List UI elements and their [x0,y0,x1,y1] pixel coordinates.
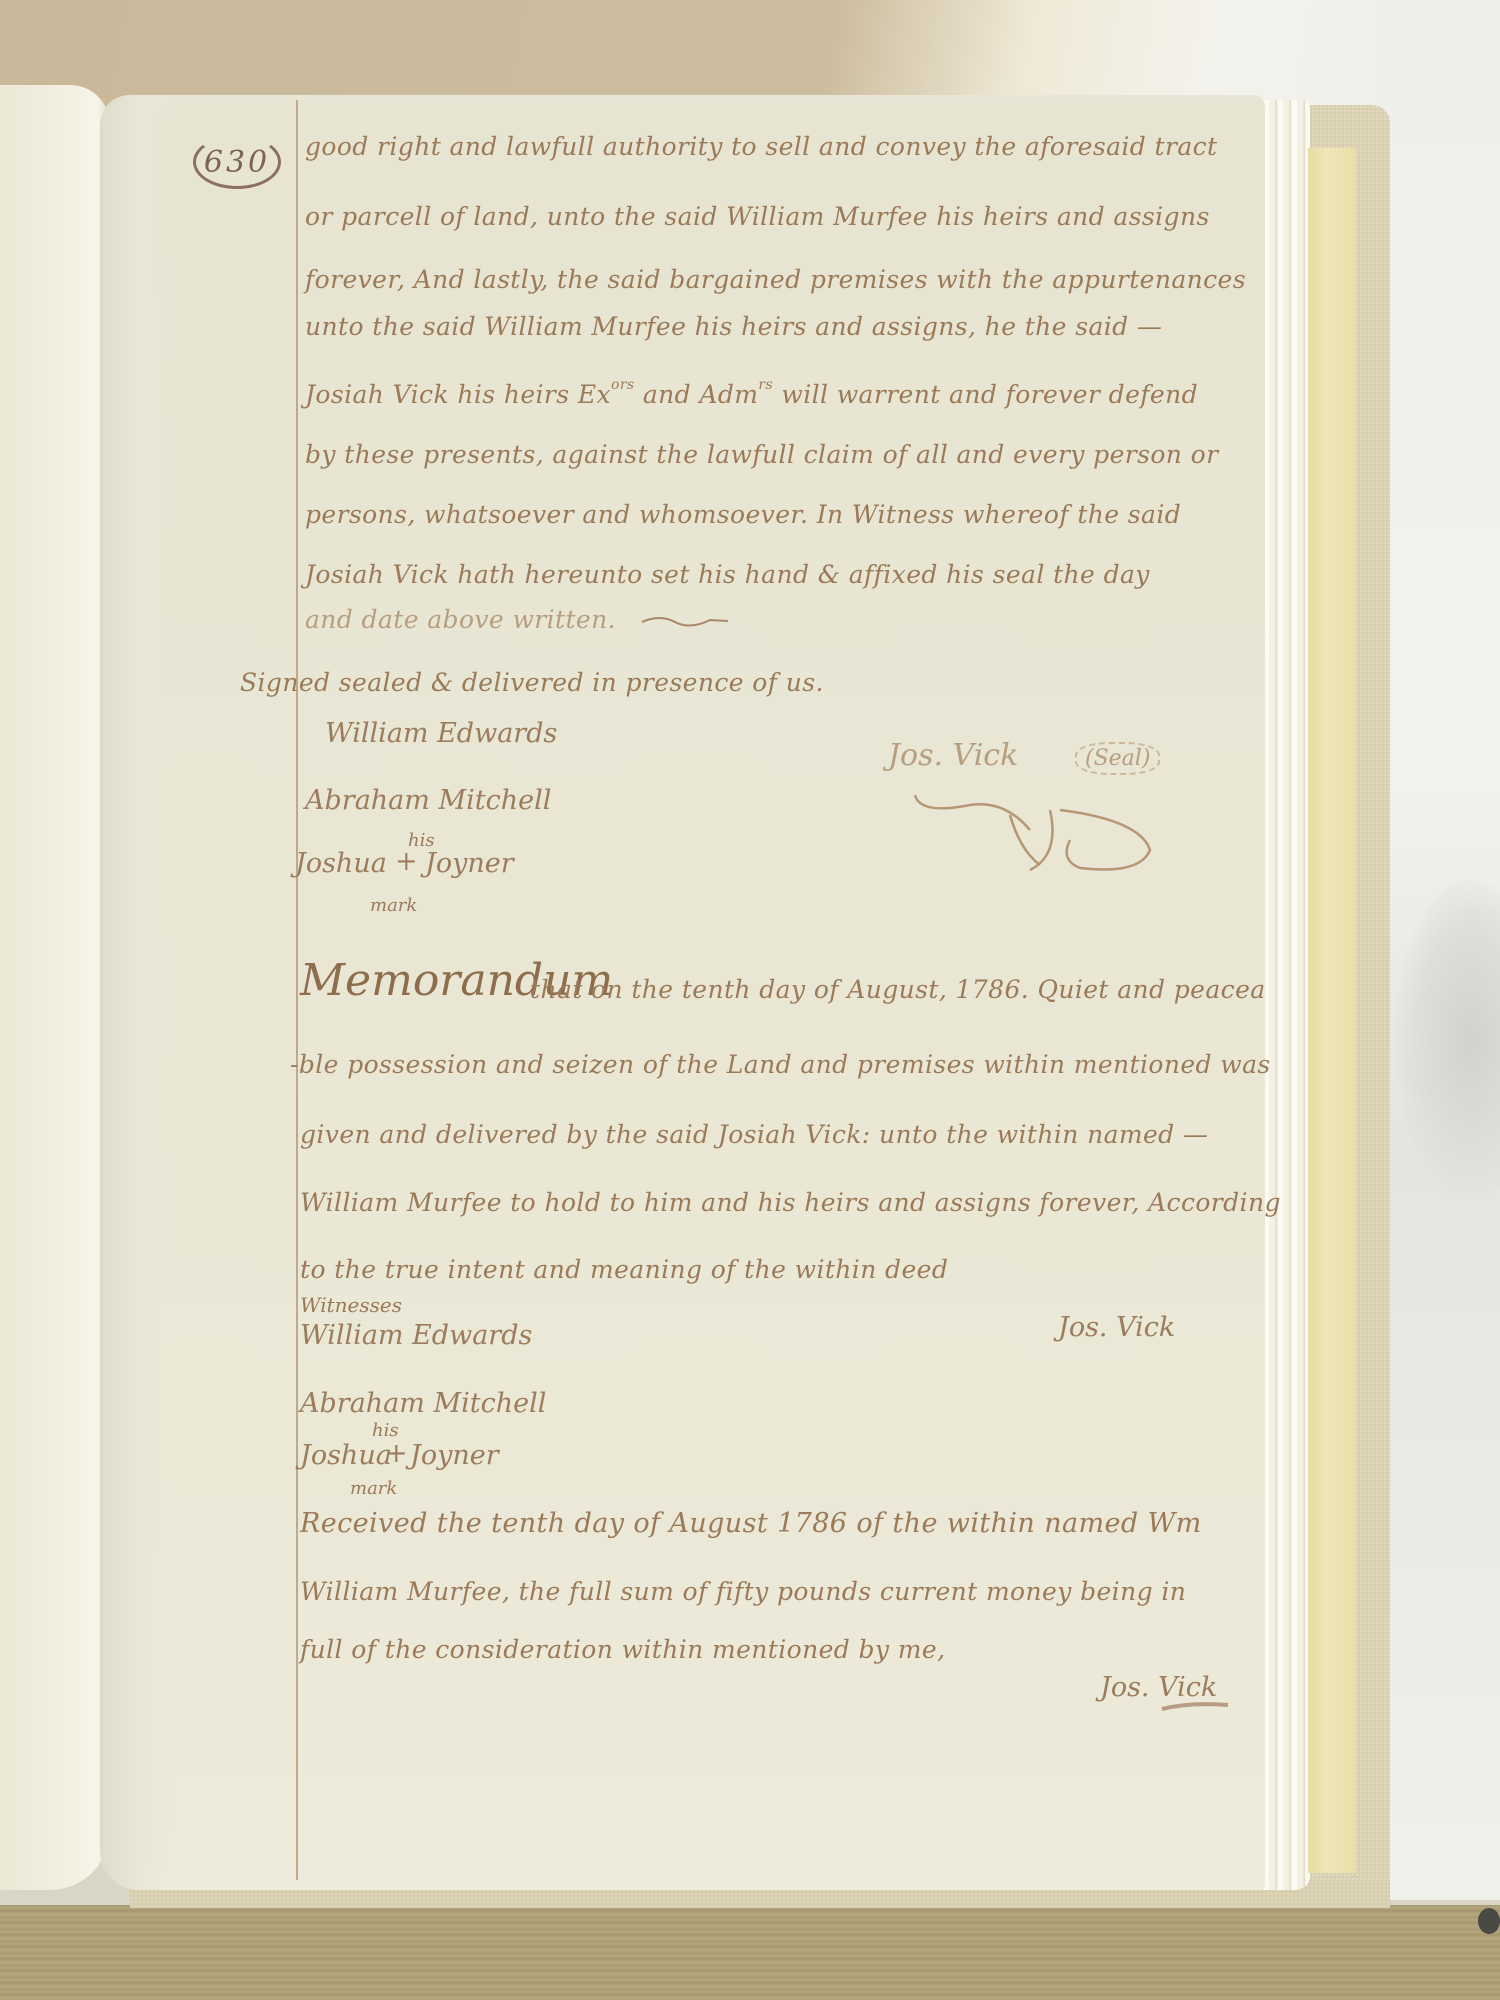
line5-start: Josiah Vick his heirs Ex [305,380,611,409]
receipt-line-1: Received the tenth day of August 1786 of… [300,1508,1202,1539]
receipt-signature-jos-vick: Jos. Vick [1100,1672,1217,1703]
witness-3-first: Joshua [295,848,387,879]
signature-flourish [910,780,1170,880]
memorandum-line-3: given and delivered by the said Josiah V… [300,1120,1208,1149]
memo-witness-3-mark: mark [350,1478,397,1499]
memo-witness-2-name: Abraham Mitchell [300,1388,546,1419]
witness-3-cross: + [395,846,418,877]
receipt-line-3: full of the consideration within mention… [300,1635,945,1664]
wooden-table [0,1905,1500,2000]
deed-line-3: forever, And lastly, the said bargained … [305,265,1246,294]
attestation-clause: Signed sealed & delivered in presence of… [240,668,824,697]
deed-line-2: or parcell of land, unto the said Willia… [305,202,1210,231]
memo-signature-jos-vick: Jos. Vick [1058,1312,1175,1343]
memorandum-line-1: that on the tenth day of August, 1786. Q… [530,975,1266,1004]
page-curl-shadow [100,95,170,1890]
deed-line-7: persons, whatsoever and whomsoever. In W… [305,500,1181,529]
witness-3-mark: mark [370,895,417,916]
deed-line-9: and date above written. [305,605,616,634]
signature-underline [1160,1700,1230,1714]
memorandum-line-5: to the true intent and meaning of the wi… [300,1255,948,1284]
deed-line-8: Josiah Vick hath hereunto set his hand &… [305,560,1150,589]
margin-rule [296,100,298,1880]
line5-end: will warrent and forever defend [773,380,1198,409]
receipt-line-2: William Murfee, the full sum of fifty po… [300,1577,1186,1606]
witness-2-name: Abraham Mitchell [305,785,551,816]
line5-mid: and Adm [635,380,759,409]
memo-witness-3-cross: + [385,1438,408,1469]
deed-line-1: good right and lawfull authority to sell… [305,132,1218,161]
page-number: 630 [193,135,281,189]
memo-witness-1-name: William Edwards [300,1320,532,1351]
signature-jos-vick: Jos. Vick [888,738,1018,773]
line5-sup-ors: ors [611,377,635,393]
deed-line-5: Josiah Vick his heirs Exors and Admrs wi… [305,380,1198,409]
memorandum-line-4: William Murfee to hold to him and his he… [300,1188,1281,1217]
left-page [0,85,110,1890]
witness-1-name: William Edwards [325,718,557,749]
vellum-flyleaf [1308,148,1356,1873]
witnesses-label: Witnesses [300,1293,402,1317]
memorandum-line-2: -ble possession and seizen of the Land a… [290,1050,1271,1079]
memo-witness-3-first: Joshua [300,1440,392,1471]
line-end-flourish [640,612,730,632]
screw-icon [1478,1908,1500,1934]
deed-line-4: unto the said William Murfee his heirs a… [305,312,1162,341]
seal-mark: (Seal) [1075,742,1160,775]
witness-3-last: Joyner [425,848,514,879]
line5-sup-rs: rs [758,377,773,393]
deed-line-6: by these presents, against the lawfull c… [305,440,1218,469]
memo-witness-3-last: Joyner [410,1440,499,1471]
